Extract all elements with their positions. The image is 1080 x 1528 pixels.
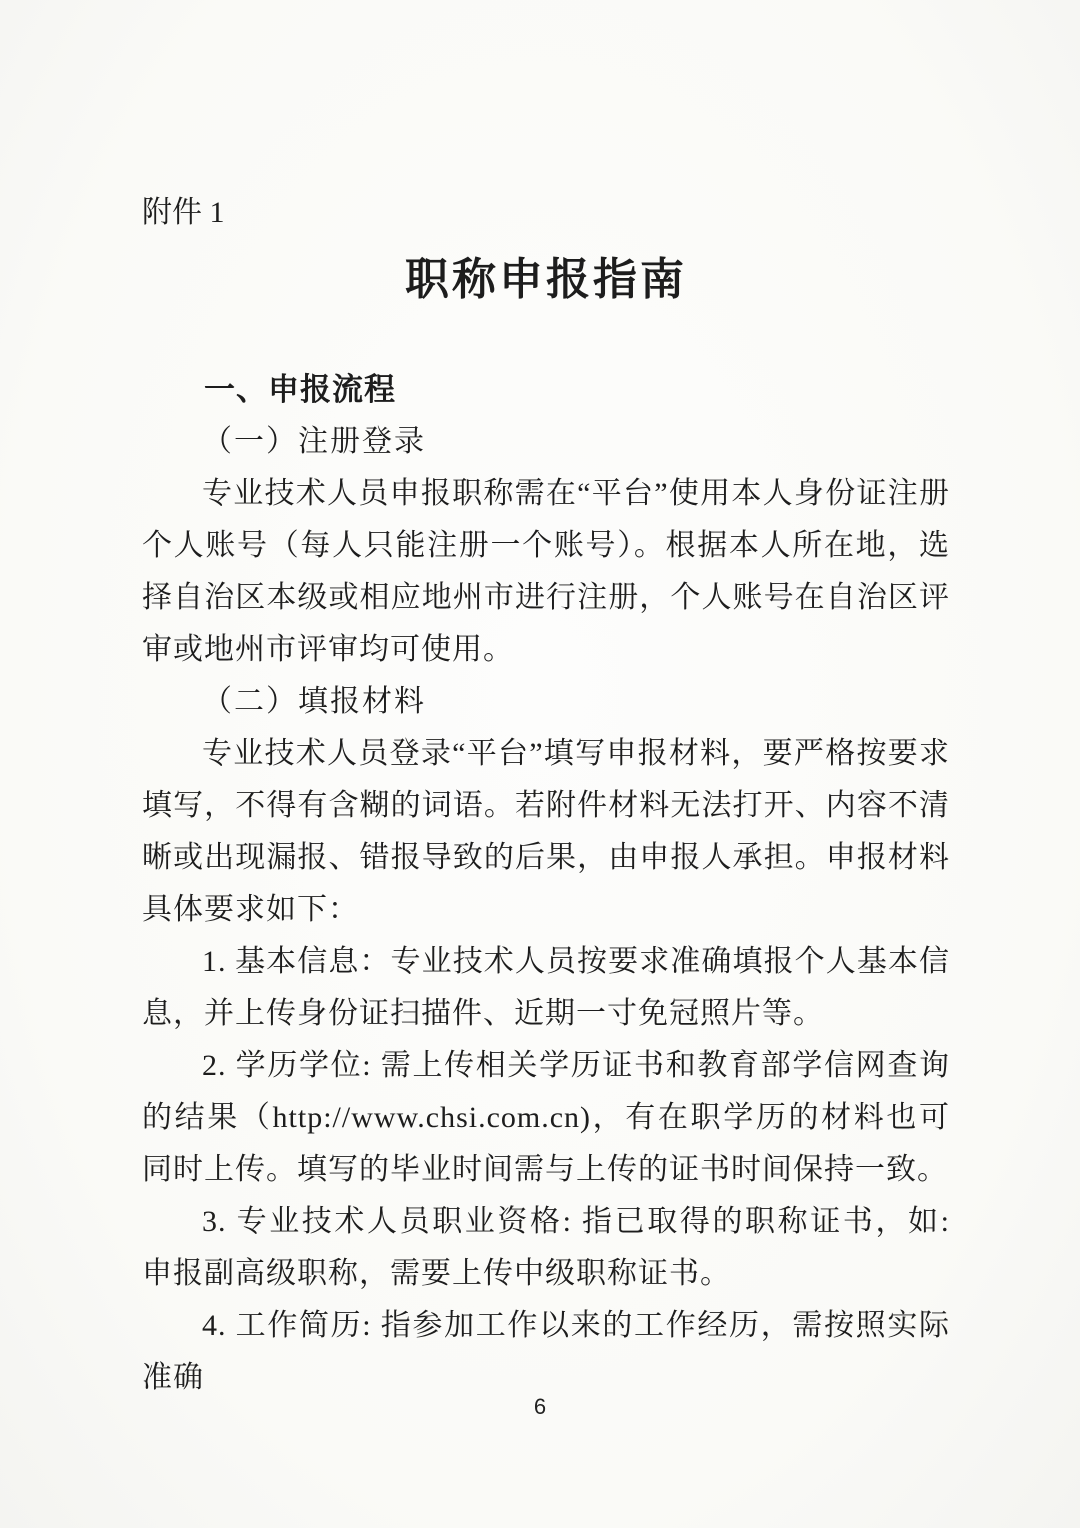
subsection-heading-register-login: （一）注册登录 — [142, 416, 950, 468]
section-heading-application-process: 一、申报流程 — [142, 364, 950, 416]
list-item-education-degree: 2. 学历学位: 需上传相关学历证书和教育部学信网查询的结果（http://ww… — [142, 1040, 950, 1196]
attachment-label: 附件 1 — [142, 196, 950, 230]
subsection-heading-fill-materials: （二）填报材料 — [142, 676, 950, 728]
paragraph-register-login: 专业技术人员申报职称需在“平台”使用本人身份证注册个人账号（每人只能注册一个账号… — [142, 468, 950, 676]
list-item-work-history: 4. 工作简历: 指参加工作以来的工作经历，需按照实际准确 — [142, 1300, 950, 1404]
list-item-basic-info: 1. 基本信息：专业技术人员按要求准确填报个人基本信息，并上传身份证扫描件、近期… — [142, 936, 950, 1040]
page-title: 职称申报指南 — [142, 254, 950, 306]
paragraph-fill-materials: 专业技术人员登录“平台”填写申报材料，要严格按要求填写，不得有含糊的词语。若附件… — [142, 728, 950, 936]
document-page: 附件 1 职称申报指南 一、申报流程 （一）注册登录 专业技术人员申报职称需在“… — [0, 0, 1080, 1528]
list-item-professional-qualification: 3. 专业技术人员职业资格: 指已取得的职称证书，如: 申报副高级职称，需要上传… — [142, 1196, 950, 1300]
page-number: 6 — [0, 1394, 1080, 1420]
